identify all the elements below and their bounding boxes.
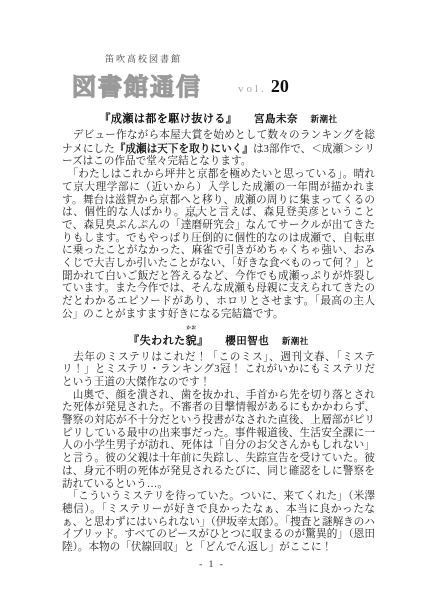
book-title: 『成瀬は都を駆け抜ける』 <box>99 113 237 125</box>
book-title: 『失われたかお貌』 <box>128 335 209 347</box>
vol-number: 20 <box>271 76 289 97</box>
book-publisher: 新潮社 <box>311 114 338 124</box>
review-paragraph: 山奥で、顔を潰され、歯を抜かれ、手首から先を切り落とされた死体が発見された。不審… <box>62 390 375 492</box>
book-title-text: 『失われた <box>128 335 186 347</box>
page-number: - 1 - <box>0 560 424 570</box>
volume-indicator: vol. 20 <box>238 76 289 97</box>
ruby-daruma: だるま達磨 <box>181 220 202 233</box>
furigana-text: だるま <box>185 214 199 219</box>
book-author: 宮島未奈 <box>254 113 298 125</box>
ruby-base-text: 貌 <box>186 335 198 347</box>
ruby-base-text: 達磨 <box>181 220 202 231</box>
review-paragraph: 去年のミステリはこれだ！「このミス」、週刊文春、「ミステリ！」とミステリ・ランキ… <box>62 352 375 390</box>
book-heading: 『失われたかお貌』 櫻田智也 新潮社 <box>62 332 375 348</box>
content-column: 『成瀬は都を駆け抜ける』 宮島未奈 新潮社 デビュー作ながら本屋大賞を始めとして… <box>62 110 375 555</box>
vol-label: vol. <box>238 83 267 95</box>
book-author: 櫻田智也 <box>225 335 269 347</box>
review-section-ushinawareta-kao: 『失われたかお貌』 櫻田智也 新潮社 去年のミステリはこれだ！「このミス」、週刊… <box>62 332 375 555</box>
ruby-kao: かお貌 <box>186 332 198 348</box>
review-paragraph: 「こういうミステリを待っていた。ついに、来てくれた」（米澤穂信）。「ミステリーが… <box>62 491 375 555</box>
inline-book-title: 『成瀬は天下を取りにいく』 <box>115 143 253 155</box>
paragraph-text: 研究会」なんてサークルが出てきたりもします。でもやっぱり圧倒的に個性的なのは成瀬… <box>62 220 375 320</box>
review-paragraph: デビュー作ながら本屋大賞を始めとして数々のランキングを総ナメにした『成瀬は天下を… <box>62 130 375 169</box>
newsletter-page: 笛吹高校図書館 図書館通信 vol. 20 『成瀬は都を駆け抜ける』 宮島未奈 … <box>0 0 424 600</box>
book-publisher: 新潮社 <box>282 336 309 346</box>
newsletter-title: 図書館通信 <box>72 67 202 102</box>
book-title-text: 』 <box>197 335 209 347</box>
book-heading: 『成瀬は都を駆け抜ける』 宮島未奈 新潮社 <box>62 110 375 126</box>
furigana-text: かお <box>186 326 196 331</box>
review-paragraph: 「わたしはこれから坪井と京都を極めたいと思っている」。晴れて京大理学部に（近いか… <box>62 169 375 321</box>
school-name: 笛吹高校図書館 <box>105 52 202 65</box>
review-section-naruse: 『成瀬は都を駆け抜ける』 宮島未奈 新潮社 デビュー作ながら本屋大賞を始めとして… <box>62 110 375 322</box>
masthead: 笛吹高校図書館 図書館通信 <box>72 52 202 102</box>
